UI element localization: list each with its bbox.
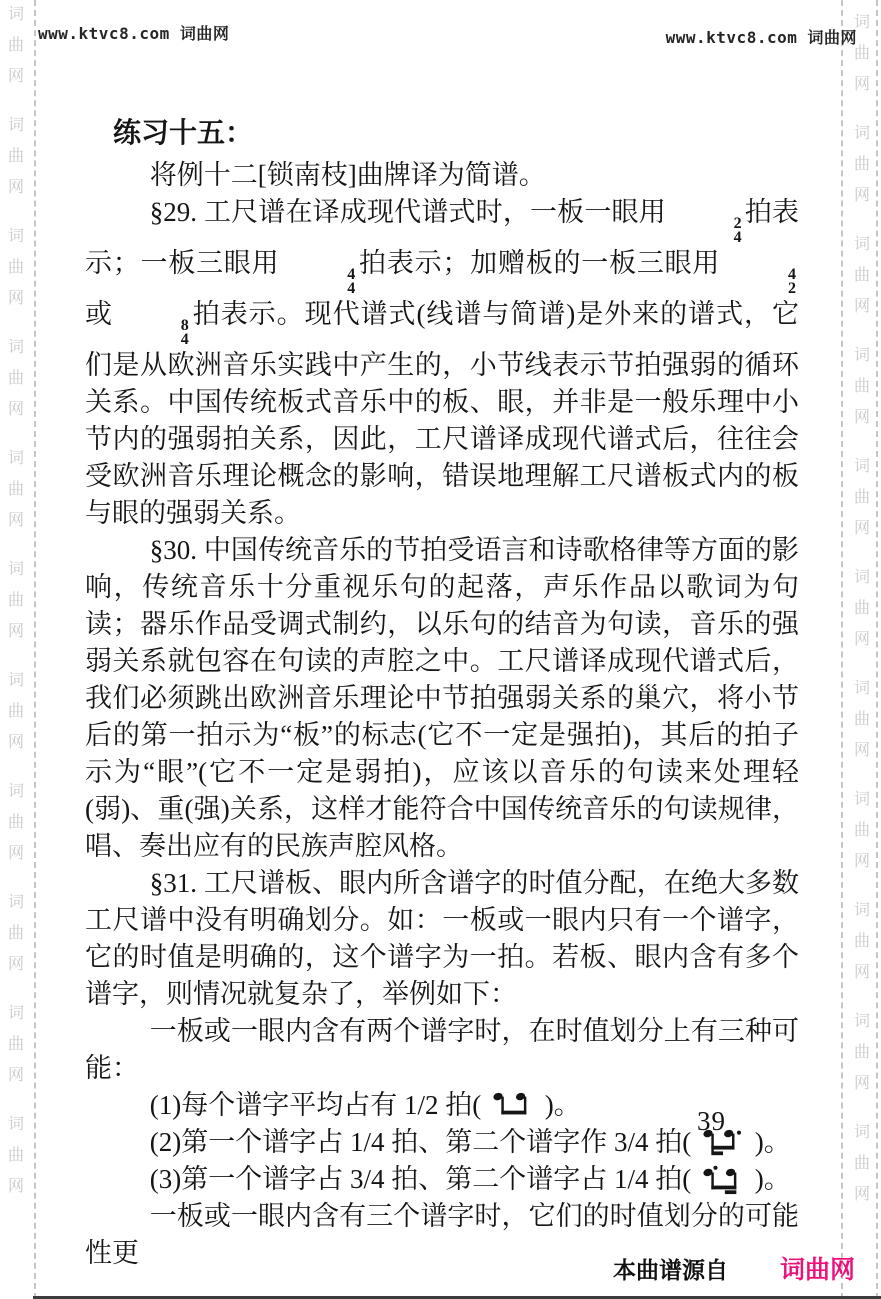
right-watermark-column: 词曲网词曲网词曲网词曲网词曲网词曲网词曲网词曲网词曲网词曲网词曲网 (848, 14, 876, 1299)
page-content: 练习十五： 将例十二[锁南枝]曲牌译为简谱。§29. 工尺谱在译成现代谱式时，一… (85, 114, 799, 1272)
side-watermark-group: 词曲网 (854, 458, 870, 536)
page-text: 将例十二[锁南枝]曲牌译为简谱。§29. 工尺谱在译成现代谱式时，一板一眼用24… (85, 157, 799, 1272)
top-left-watermark: www.ktvc8.com 词曲网 (38, 21, 229, 44)
side-watermark-group: 词曲网 (8, 339, 24, 417)
side-watermark-group: 词曲网 (8, 117, 24, 195)
side-watermark-group: 词曲网 (854, 569, 870, 647)
side-watermark-group: 词曲网 (8, 561, 24, 639)
footer-source-label: 本曲谱源自 (613, 1257, 728, 1283)
exercise-instruction: 将例十二[锁南枝]曲牌译为简谱。 (85, 157, 799, 194)
side-watermark-group: 词曲网 (8, 450, 24, 528)
right-dashed-divider (841, 0, 843, 1299)
top-right-watermark: www.ktvc8.com 词曲网 (666, 25, 857, 48)
time-signature-8-4: 84 (113, 319, 192, 347)
side-watermark-group: 词曲网 (854, 791, 870, 869)
item-1: (1)每个谱字平均占有 1/2 拍( )。 (85, 1087, 799, 1124)
side-watermark-group: 词曲网 (854, 347, 870, 425)
footer: 本曲谱源自词曲网 (0, 1250, 855, 1286)
side-watermark-group: 词曲网 (854, 680, 870, 758)
dotted-eighth-sixteenth-icon (701, 1164, 745, 1195)
side-watermark-group: 词曲网 (8, 1005, 24, 1083)
side-watermark-group: 词曲网 (8, 1116, 24, 1194)
scanned-page: 词曲网词曲网词曲网词曲网词曲网词曲网词曲网词曲网词曲网词曲网词曲网 词曲网词曲网… (0, 0, 881, 1299)
side-watermark-group: 词曲网 (8, 228, 24, 306)
two-notes-intro: 一板或一眼内含有两个谱字时，在时值划分上有三种可能： (85, 1013, 799, 1087)
side-watermark-group: 词曲网 (854, 236, 870, 314)
left-watermark-column: 词曲网词曲网词曲网词曲网词曲网词曲网词曲网词曲网词曲网词曲网词曲网 (2, 6, 30, 1299)
time-signature-4-4: 44 (279, 268, 358, 296)
side-watermark-group: 词曲网 (8, 672, 24, 750)
side-watermark-group: 词曲网 (854, 1124, 870, 1202)
section-29: §29. 工尺谱在译成现代谱式时，一板一眼用24拍表示；一板三眼用44拍表示；加… (85, 194, 799, 532)
side-watermark-group: 词曲网 (854, 1013, 870, 1091)
item-2: (2)第一个谱字占 1/4 拍、第二个谱字作 3/4 拍( )。 (85, 1124, 799, 1161)
section-31: §31. 工尺谱板、眼内所含谱字的时值分配，在绝大多数工尺谱中没有明确划分。如：… (85, 865, 799, 1013)
section-30: §30. 中国传统音乐的节拍受语言和诗歌格律等方面的影响，传统音乐十分重视乐句的… (85, 532, 799, 865)
two-eighths-equal-icon (491, 1090, 535, 1121)
item-3: (3)第一个谱字占 3/4 拍、第二个谱字占 1/4 拍( )。 (85, 1161, 799, 1198)
footer-site-name: 词曲网 (780, 1256, 855, 1284)
side-watermark-group: 词曲网 (854, 902, 870, 980)
left-dashed-divider (34, 0, 36, 1299)
right-edge-dashed-divider (876, 0, 878, 1299)
side-watermark-group: 词曲网 (8, 6, 24, 84)
side-watermark-group: 词曲网 (854, 125, 870, 203)
exercise-heading: 练习十五： (113, 114, 799, 154)
time-signature-2-4: 24 (666, 217, 745, 245)
page-number: 39 (697, 1106, 726, 1137)
side-watermark-group: 词曲网 (8, 894, 24, 972)
time-signature-4-2: 42 (720, 268, 799, 296)
side-watermark-group: 词曲网 (8, 783, 24, 861)
